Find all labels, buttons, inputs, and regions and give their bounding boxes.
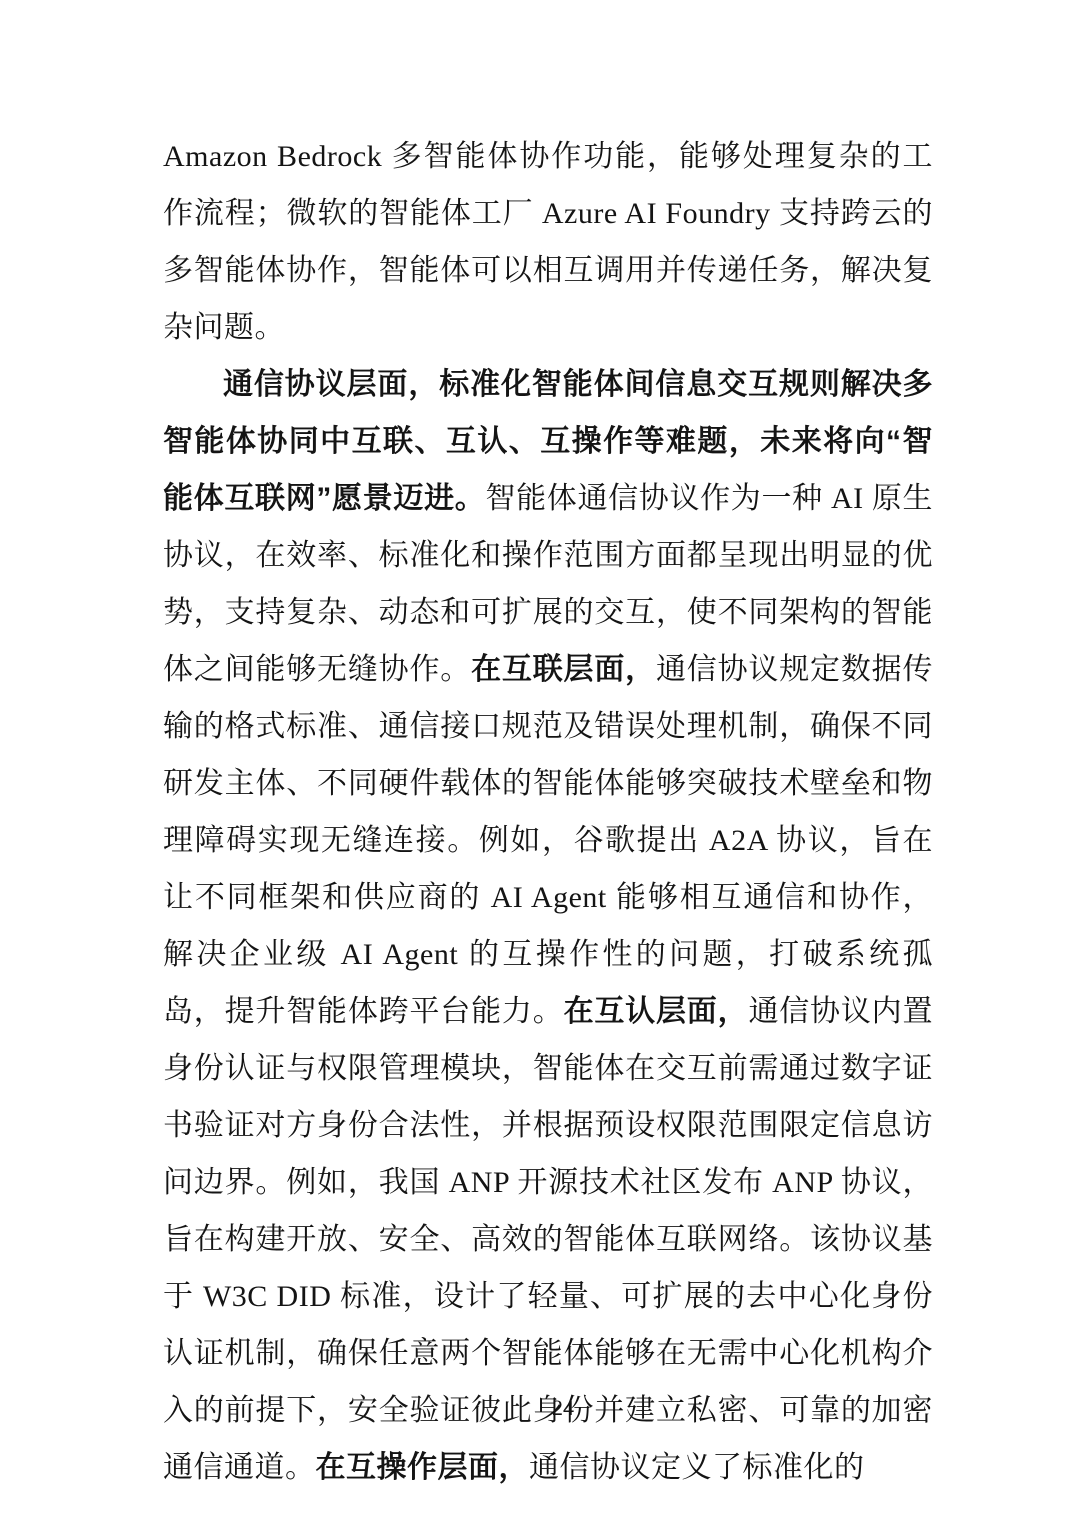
paragraph-continuation: Amazon Bedrock 多智能体协作功能，能够处理复杂的工作流程；微软的智…	[163, 128, 933, 356]
text-run: Amazon Bedrock 多智能体协作功能，能够处理复杂的工作流程；微软的智…	[163, 140, 933, 344]
bold-interoperability-run: 在互操作层面，	[316, 1451, 530, 1484]
text-run: 通信协议规定数据传输的格式标准、通信接口规范及错误处理机制，确保不同研发主体、不…	[163, 653, 933, 1028]
paragraph-communication-protocol: 通信协议层面，标准化智能体间信息交互规则解决多智能体协同中互联、互认、互操作等难…	[163, 356, 933, 1496]
page-number: 24	[163, 1394, 963, 1422]
document-page: Amazon Bedrock 多智能体协作功能，能够处理复杂的工作流程；微软的智…	[0, 0, 1080, 1527]
text-run: 通信协议定义了标准化的	[529, 1451, 865, 1484]
bold-interconnect-run: 在互联层面，	[471, 653, 656, 686]
body-text: Amazon Bedrock 多智能体协作功能，能够处理复杂的工作流程；微软的智…	[163, 128, 933, 1496]
bold-mutual-auth-run: 在互认层面，	[564, 995, 749, 1028]
